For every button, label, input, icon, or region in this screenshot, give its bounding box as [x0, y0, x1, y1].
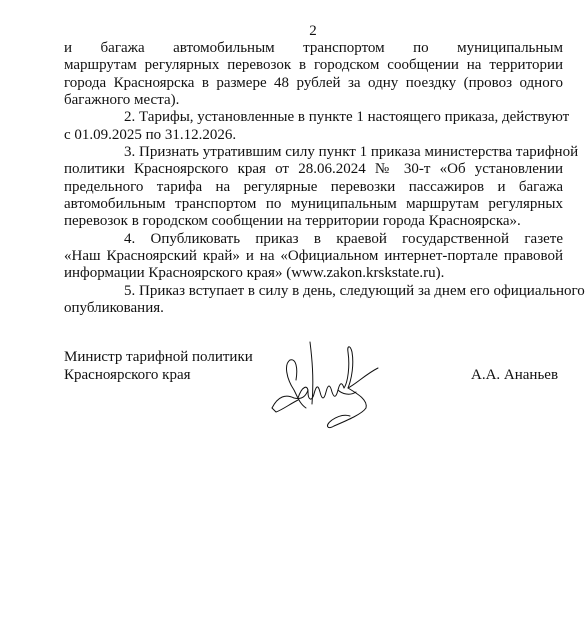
text-line: перевозок в городском сообщении на терри…	[64, 213, 563, 230]
text-line: с 01.09.2025 по 31.12.2026.	[64, 127, 563, 144]
document-body: и багажа автомобильным транспортом по му…	[64, 40, 563, 318]
paragraph-5-line: 5. Приказ вступает в силу в день, следую…	[64, 283, 563, 300]
handwritten-signature-icon	[268, 338, 388, 433]
text-line: опубликования.	[64, 300, 563, 317]
text-line: багажного места).	[64, 92, 563, 109]
text-line: политики Красноярского края от 28.06.202…	[64, 161, 563, 178]
signatory-position: Министр тарифной политики Красноярского …	[64, 348, 253, 384]
text-line: маршрутам регулярных перевозок в городск…	[64, 57, 563, 74]
text-line: информации Красноярского края» (www.zako…	[64, 265, 563, 282]
paragraph-4-line: 4. Опубликовать приказ в краевой государ…	[64, 231, 563, 248]
text-line: города Красноярска в размере 48 рублей з…	[64, 75, 563, 92]
position-line-1: Министр тарифной политики	[64, 348, 253, 366]
text-line: и багажа автомобильным транспортом по му…	[64, 40, 563, 57]
text-line: автомобильным транспортом по муниципальн…	[64, 196, 563, 213]
paragraph-2-line: 2. Тарифы, установленные в пункте 1 наст…	[64, 109, 563, 126]
paragraph-3-line: 3. Признать утратившим силу пункт 1 прик…	[64, 144, 563, 161]
position-line-2: Красноярского края	[64, 366, 253, 384]
page-number: 2	[0, 23, 588, 40]
text-line: «Наш Красноярский край» и на «Официально…	[64, 248, 563, 265]
signatory-name: А.А. Ананьев	[471, 366, 558, 384]
text-line: предельного тарифа на регулярные перевоз…	[64, 179, 563, 196]
